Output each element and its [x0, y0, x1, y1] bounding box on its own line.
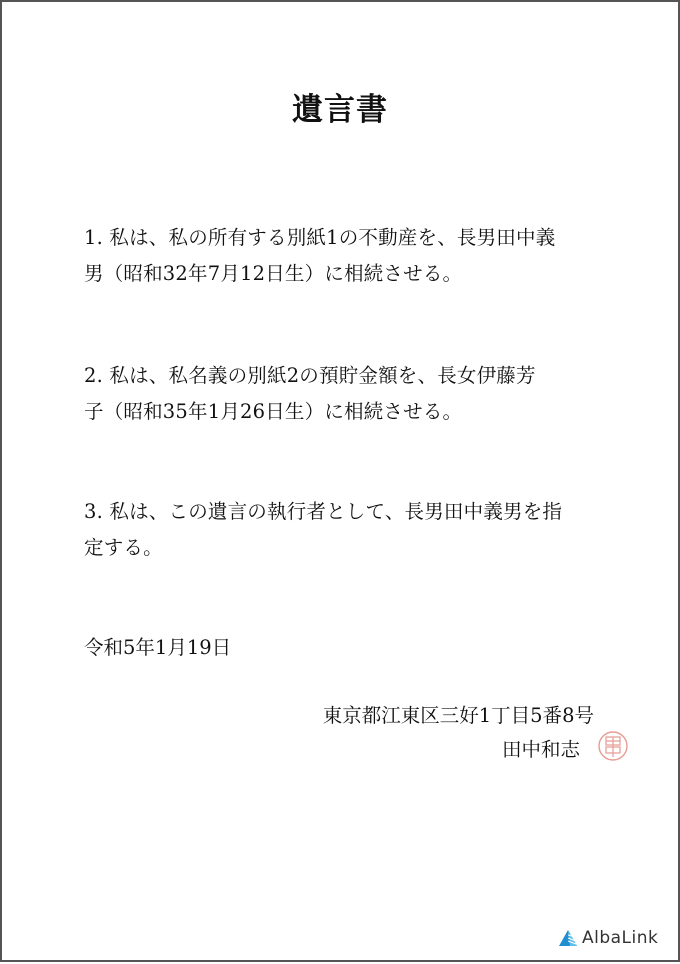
albalink-logo-text: AlbaLink [582, 928, 658, 948]
hanko-seal-icon [597, 730, 629, 762]
clause-2-line-2: 子（昭和35年1月26日生）に相続させる。 [84, 394, 624, 430]
albalink-logo: AlbaLink [558, 928, 658, 948]
clause-1: 1. 私は、私の所有する別紙1の不動産を、長男田中義 男（昭和32年7月12日生… [84, 220, 624, 292]
clause-1-line-2: 男（昭和32年7月12日生）に相続させる。 [84, 256, 624, 292]
clause-2-line-1: 2. 私は、私名義の別紙2の預貯金額を、長女伊藤芳 [84, 358, 624, 394]
clause-3-line-1: 3. 私は、この遺言の執行者として、長男田中義男を指 [84, 494, 624, 530]
clause-2: 2. 私は、私名義の別紙2の預貯金額を、長女伊藤芳 子（昭和35年1月26日生）… [84, 358, 624, 430]
clause-1-line-1: 1. 私は、私の所有する別紙1の不動産を、長男田中義 [84, 220, 624, 256]
clause-3: 3. 私は、この遺言の執行者として、長男田中義男を指 定する。 [84, 494, 624, 566]
document-title: 遺言書 [2, 84, 678, 129]
albalink-mountain-icon [558, 929, 578, 947]
document-date: 令和5年1月19日 [84, 630, 231, 666]
testator-name: 田中和志 [502, 732, 580, 768]
will-document-page: 遺言書 1. 私は、私の所有する別紙1の不動産を、長男田中義 男（昭和32年7月… [0, 0, 680, 962]
clause-3-line-2: 定する。 [84, 530, 624, 566]
testator-address: 東京都江東区三好1丁目5番8号 [323, 698, 594, 734]
